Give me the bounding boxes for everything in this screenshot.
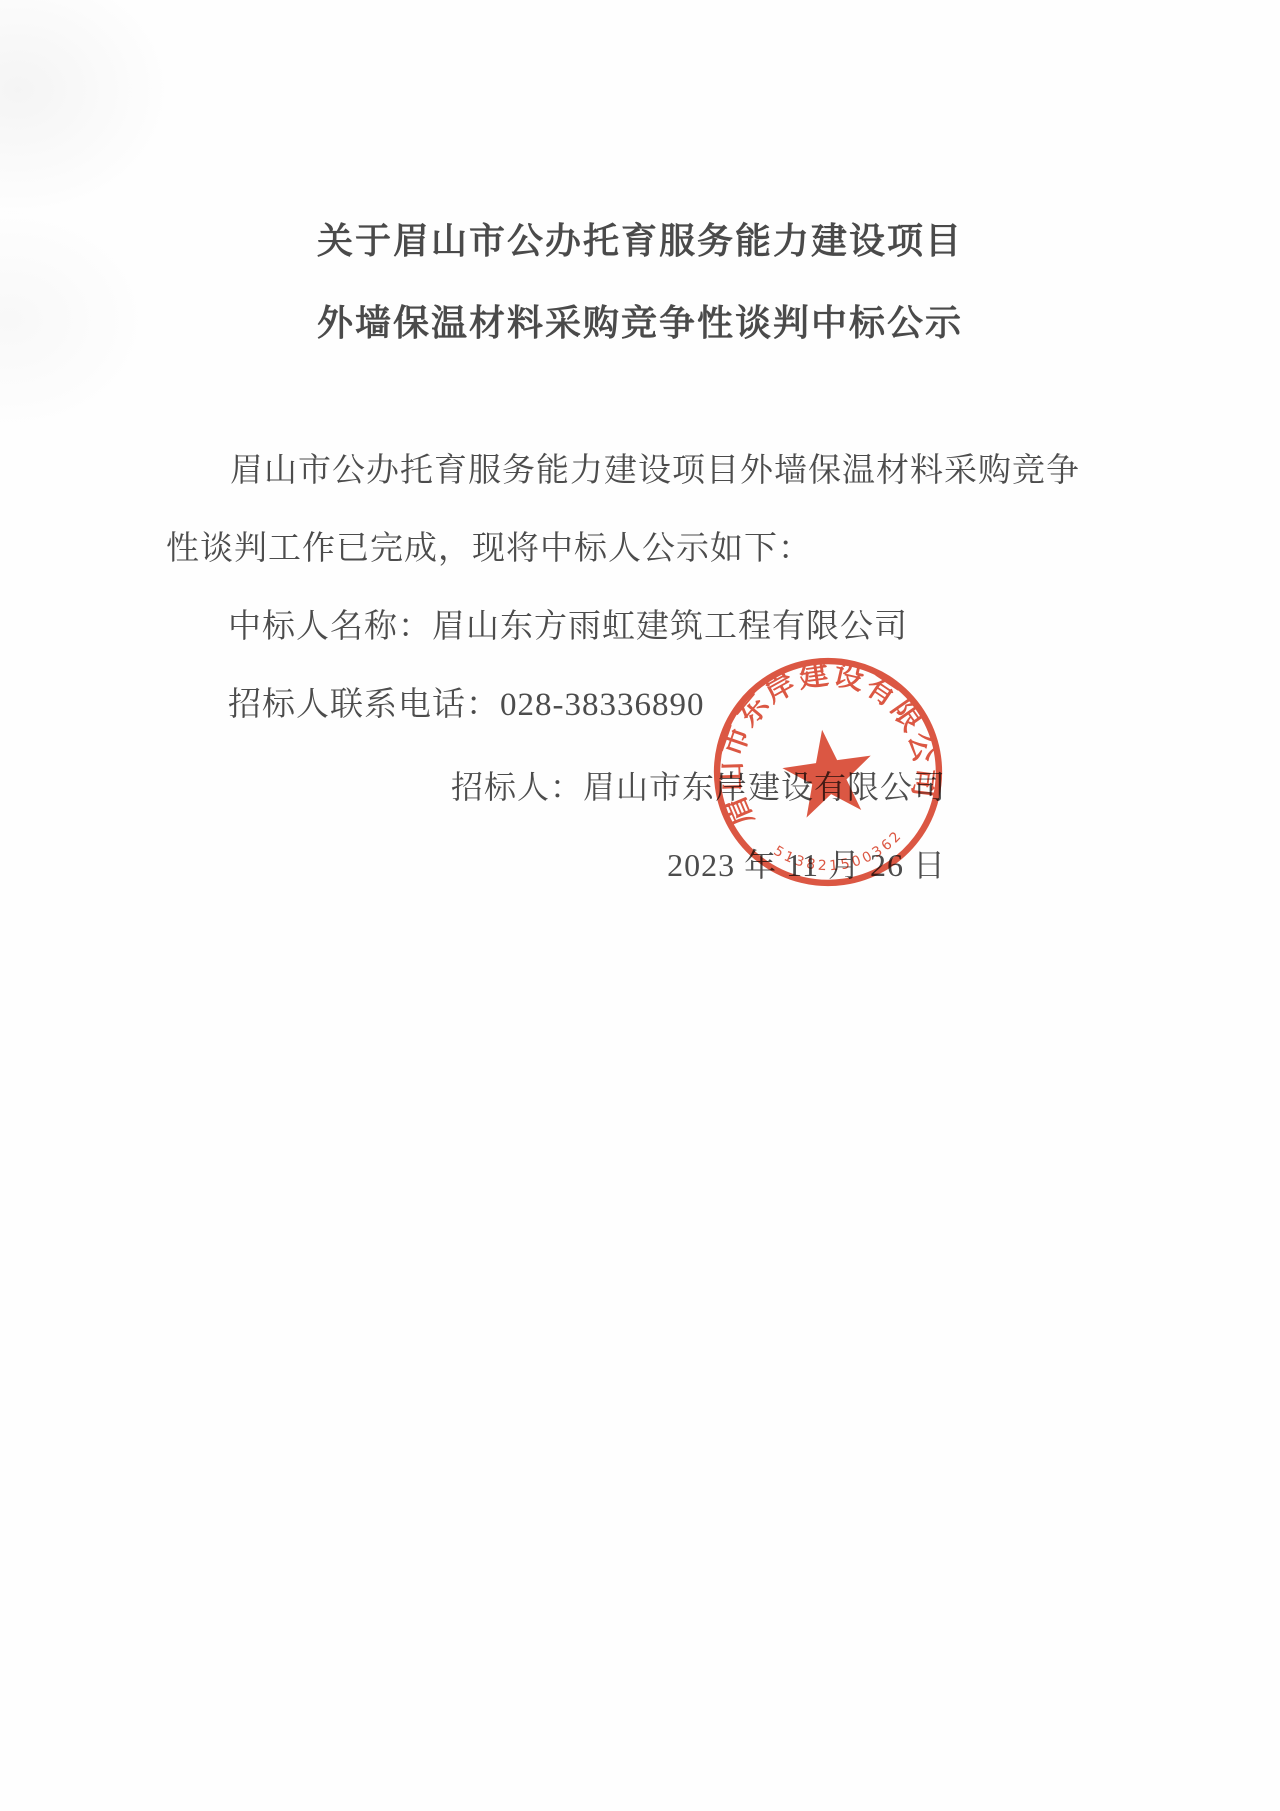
- title-line-2: 外墙保温材料采购竞争性谈判中标公示: [0, 282, 1280, 364]
- document-page: 关于眉山市公办托育服务能力建设项目 外墙保温材料采购竞争性谈判中标公示 眉山市公…: [0, 0, 1280, 1811]
- signer-line: 招标人：眉山市东岸建设有限公司: [451, 748, 946, 826]
- document-body: 眉山市公办托育服务能力建设项目外墙保温材料采购竞争性谈判工作已完成，现将中标人公…: [166, 432, 1091, 744]
- date-line: 2023 年 11 月 26 日: [451, 826, 946, 904]
- document-title: 关于眉山市公办托育服务能力建设项目 外墙保温材料采购竞争性谈判中标公示: [0, 200, 1280, 364]
- winner-line: 中标人名称：眉山东方雨虹建筑工程有限公司: [166, 588, 1091, 666]
- intro-paragraph: 眉山市公办托育服务能力建设项目外墙保温材料采购竞争性谈判工作已完成，现将中标人公…: [166, 432, 1091, 588]
- phone-line: 招标人联系电话：028-38336890: [166, 666, 1091, 744]
- title-line-1: 关于眉山市公办托育服务能力建设项目: [0, 200, 1280, 282]
- signature-block: 招标人：眉山市东岸建设有限公司 2023 年 11 月 26 日: [451, 748, 946, 904]
